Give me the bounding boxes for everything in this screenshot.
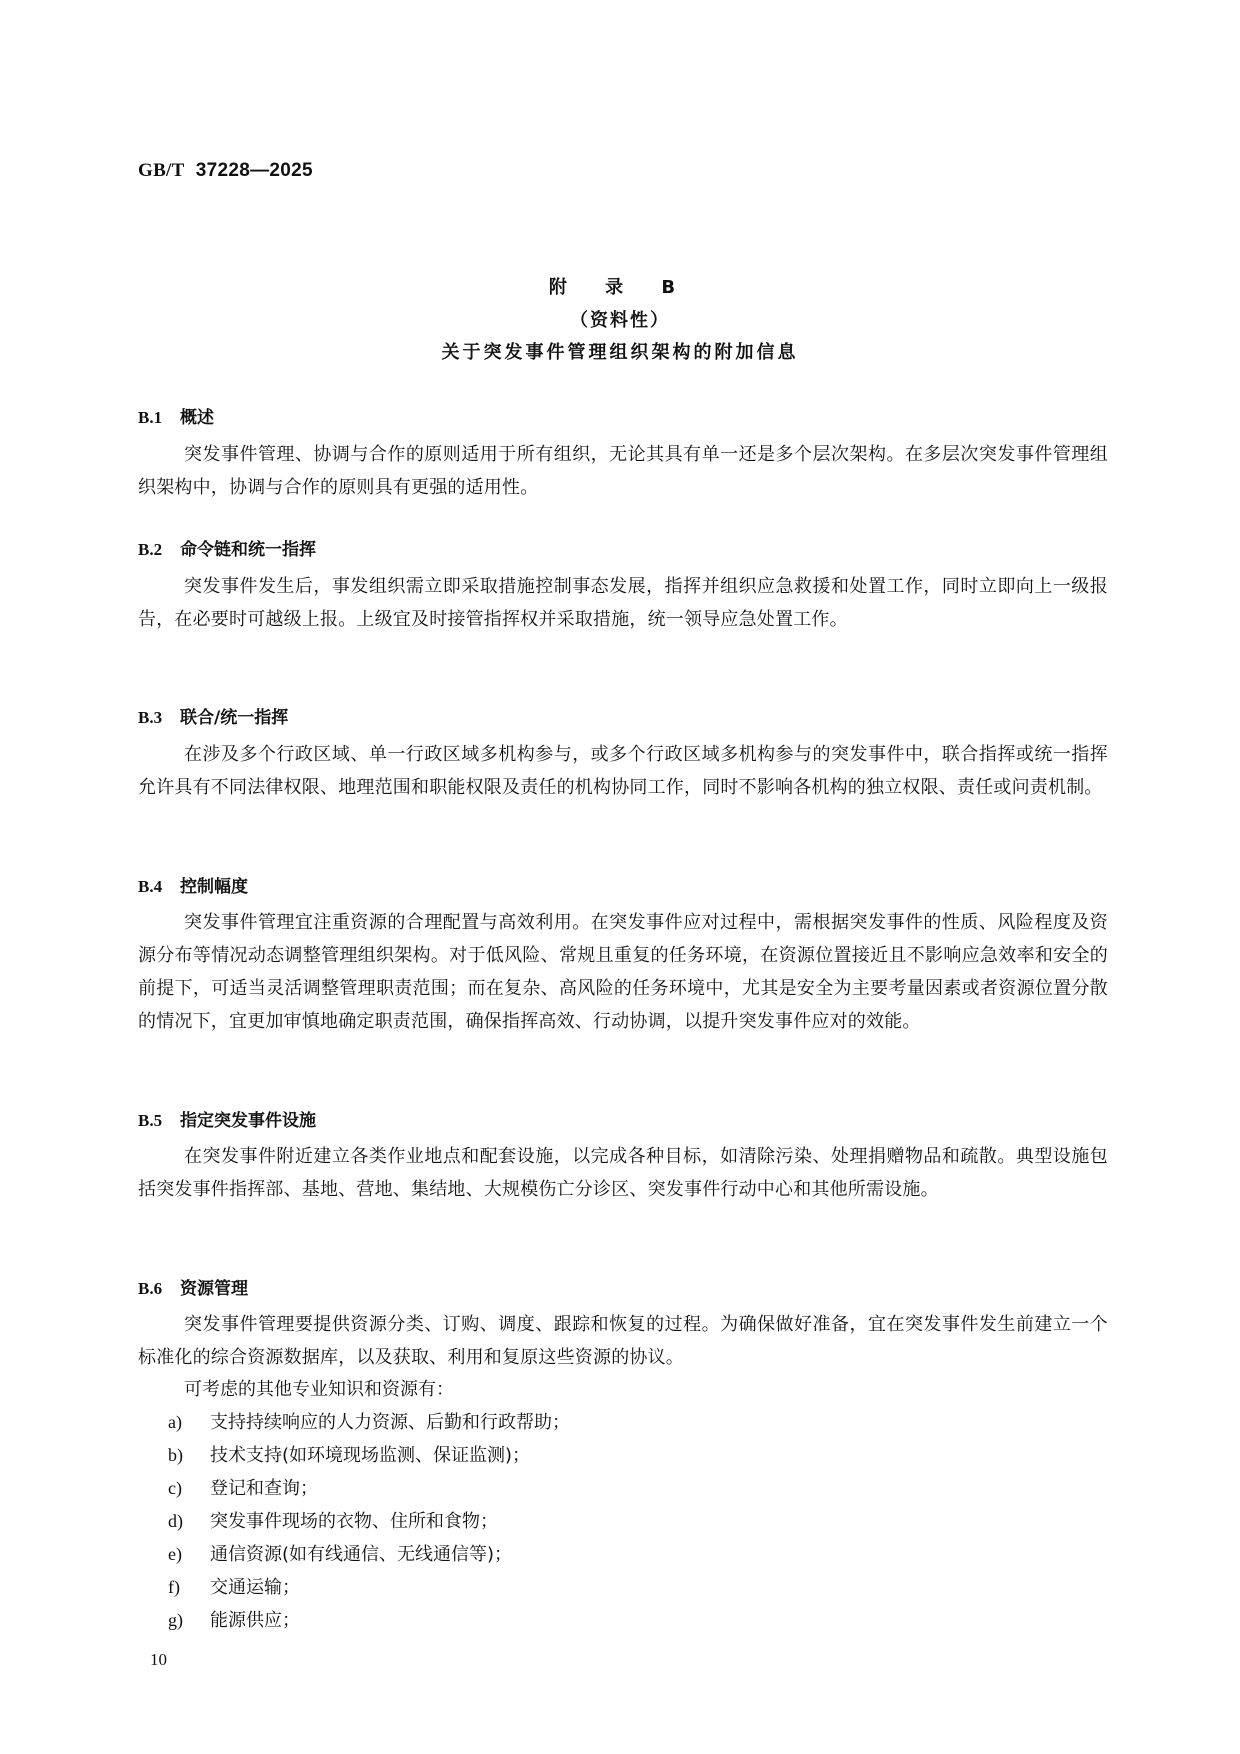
- paragraph-b6: 突发事件管理要提供资源分类、订购、调度、跟踪和恢复的过程。为确保做好准备，宜在突…: [138, 1308, 1108, 1374]
- list-item: g)能源供应；: [168, 1606, 300, 1632]
- list-marker: g): [168, 1610, 210, 1631]
- section-title: 控制幅度: [180, 877, 248, 897]
- section-heading-b3: B.3联合/统一指挥: [138, 703, 288, 728]
- standard-code: GB/T 37228—2025: [138, 160, 313, 182]
- list-text: 登记和查询；: [210, 1478, 318, 1499]
- section-number: B.5: [138, 1111, 180, 1131]
- appendix-title: 附 录 B: [0, 273, 1240, 299]
- section-heading-b1: B.1概述: [138, 403, 214, 428]
- list-text: 突发事件现场的衣物、住所和食物；: [210, 1511, 498, 1532]
- page-number: 10: [150, 1650, 167, 1670]
- list-marker: b): [168, 1445, 210, 1466]
- paragraph-b2: 突发事件发生后，事发组织需立即采取措施控制事态发展，指挥并组织应急救援和处置工作…: [138, 570, 1108, 636]
- section-title: 资源管理: [180, 1279, 248, 1299]
- section-title: 联合/统一指挥: [180, 708, 288, 728]
- section-heading-b6: B.6资源管理: [138, 1274, 248, 1299]
- list-marker: d): [168, 1511, 210, 1532]
- list-item: c)登记和查询；: [168, 1474, 318, 1500]
- paragraph-b1: 突发事件管理、协调与合作的原则适用于所有组织，无论其具有单一还是多个层次架构。在…: [138, 438, 1108, 504]
- list-text: 技术支持(如环境现场监测、保证监测)；: [210, 1445, 530, 1466]
- section-title: 指定突发事件设施: [180, 1111, 316, 1131]
- section-title: 命令链和统一指挥: [180, 540, 316, 560]
- section-number: B.3: [138, 708, 180, 728]
- section-heading-b5: B.5指定突发事件设施: [138, 1106, 316, 1131]
- section-heading-b4: B.4控制幅度: [138, 872, 248, 897]
- appendix-type: （资料性）: [0, 306, 1240, 332]
- paragraph-b5: 在突发事件附近建立各类作业地点和配套设施，以完成各种目标，如清除污染、处理捐赠物…: [138, 1140, 1108, 1206]
- list-text: 交通运输；: [210, 1577, 300, 1598]
- standard-prefix: GB/T: [138, 160, 185, 181]
- paragraph-b4: 突发事件管理宜注重资源的合理配置与高效利用。在突发事件应对过程中，需根据突发事件…: [138, 906, 1108, 1038]
- standard-number: 37228—2025: [196, 160, 313, 181]
- list-item: a)支持持续响应的人力资源、后勤和行政帮助；: [168, 1408, 570, 1434]
- list-item: e)通信资源(如有线通信、无线通信等)；: [168, 1540, 512, 1566]
- list-marker: a): [168, 1412, 210, 1433]
- list-item: f)交通运输；: [168, 1573, 300, 1599]
- list-intro: 可考虑的其他专业知识和资源有：: [184, 1375, 454, 1401]
- appendix-subtitle: 关于突发事件管理组织架构的附加信息: [0, 338, 1240, 364]
- list-marker: e): [168, 1544, 210, 1565]
- section-number: B.6: [138, 1279, 180, 1299]
- section-number: B.1: [138, 408, 180, 428]
- section-title: 概述: [180, 408, 214, 428]
- section-number: B.4: [138, 877, 180, 897]
- list-item: b)技术支持(如环境现场监测、保证监测)；: [168, 1441, 530, 1467]
- list-text: 通信资源(如有线通信、无线通信等)；: [210, 1544, 512, 1565]
- list-marker: c): [168, 1478, 210, 1499]
- list-item: d)突发事件现场的衣物、住所和食物；: [168, 1507, 498, 1533]
- section-number: B.2: [138, 540, 180, 560]
- list-text: 支持持续响应的人力资源、后勤和行政帮助；: [210, 1412, 570, 1433]
- paragraph-b3: 在涉及多个行政区域、单一行政区域多机构参与，或多个行政区域多机构参与的突发事件中…: [138, 738, 1108, 804]
- list-text: 能源供应；: [210, 1610, 300, 1631]
- section-heading-b2: B.2命令链和统一指挥: [138, 535, 316, 560]
- list-marker: f): [168, 1577, 210, 1598]
